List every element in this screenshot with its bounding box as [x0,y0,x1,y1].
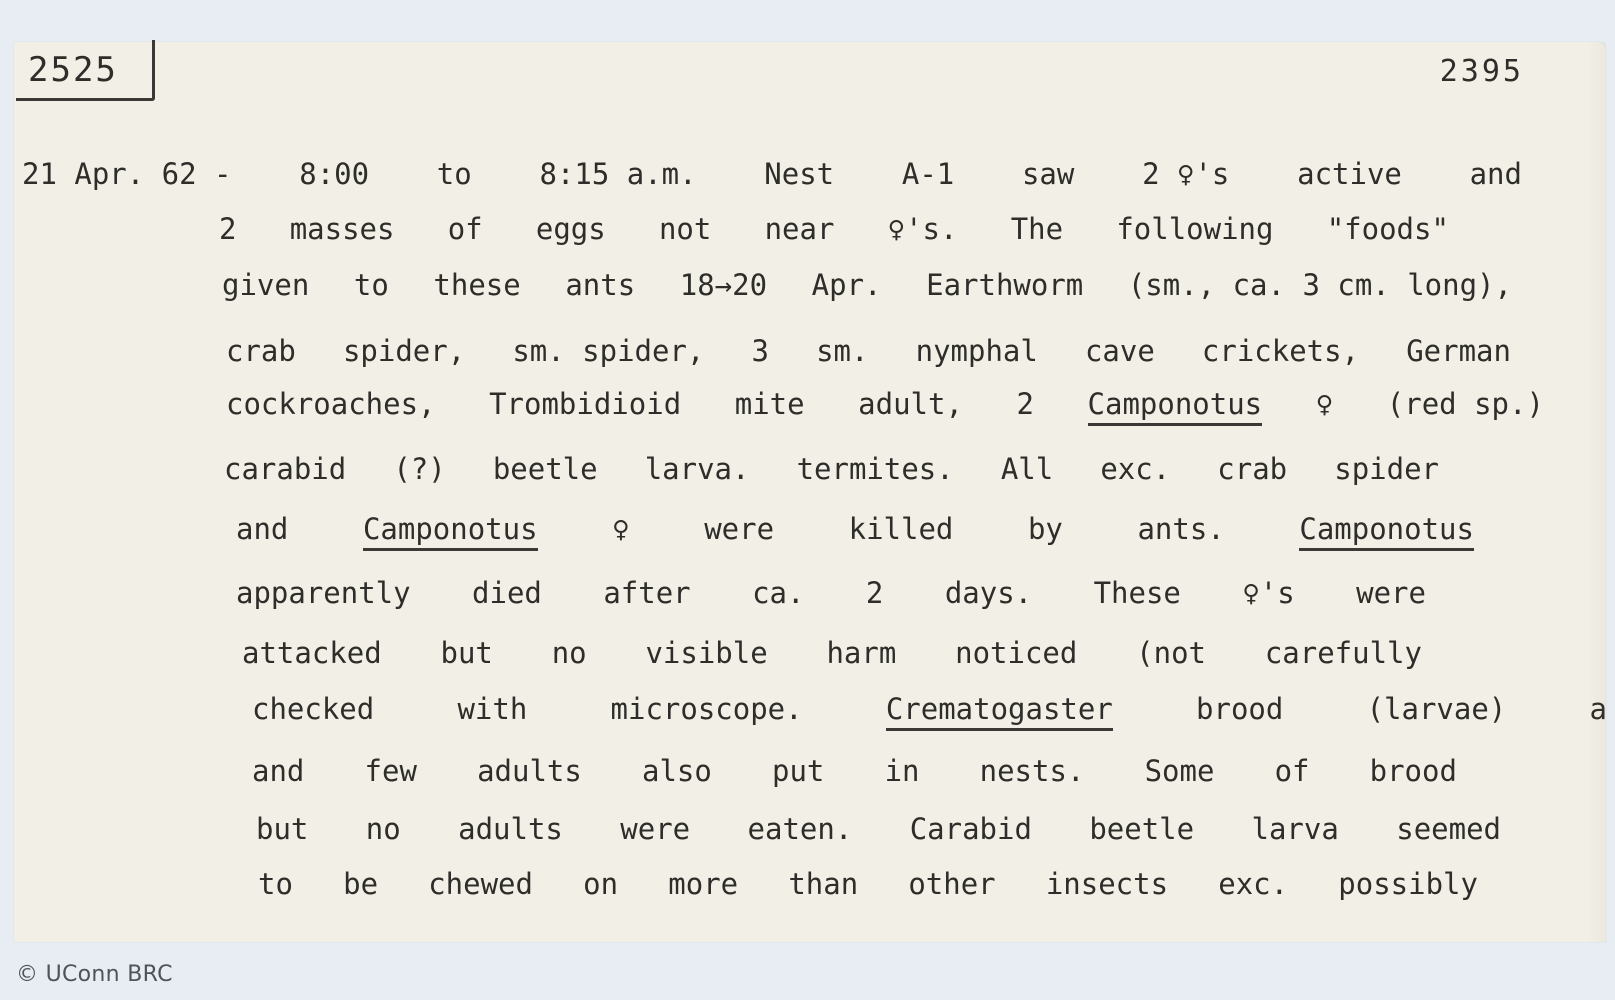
note-word: to [258,867,293,901]
genus-name-camponotus: Camponotus [1299,512,1474,551]
note-line-11: and few adults also put in nests. Some o… [252,754,1457,788]
note-word: ca. [752,576,804,610]
note-word: beetle [493,452,598,486]
note-word: cave [1085,334,1155,368]
note-word: in [885,754,920,788]
note-word: 2 [219,212,236,246]
note-word: of [1275,754,1310,788]
note-word: were [704,512,774,551]
genus-name-camponotus: Camponotus [363,512,538,551]
note-word: killed [849,512,954,551]
note-word: and [1470,157,1522,191]
note-word: few [365,754,417,788]
note-word: ants. [1137,512,1224,551]
note-word: crickets, [1202,334,1359,368]
note-word: no [366,812,401,846]
note-word: and [252,754,304,788]
note-word: sm. spider, [512,334,704,368]
note-word: larva. [645,452,750,486]
note-word: All [1001,452,1053,486]
note-word: adults [458,812,563,846]
note-word: German [1406,334,1511,368]
note-word: (not [1136,636,1206,670]
note-word: (sm., ca. 3 cm. long), [1128,268,1512,302]
note-word: nests. [980,754,1085,788]
note-word: a [1590,692,1607,731]
note-word: (?) [393,452,445,486]
note-line-9: attacked but no visible harm noticed (no… [242,636,1422,670]
note-word: Carabid [910,812,1032,846]
note-word: more [668,867,738,901]
note-word: than [788,867,858,901]
note-word: days. [945,576,1032,610]
note-word: these [433,268,520,302]
female-symbol: ♀ [612,512,629,551]
note-word: 21 Apr. 62 - [22,157,232,191]
note-word: active [1297,157,1402,191]
note-word: attacked [242,636,382,670]
note-word: noticed [955,636,1077,670]
note-word: be [343,867,378,901]
note-word: "foods" [1327,212,1449,246]
note-word: Trombidioid [489,387,681,426]
note-line-2: 2 masses of eggs not near ♀'s. The follo… [219,212,1449,246]
note-word: of [448,212,483,246]
note-word: Apr. [812,268,882,302]
note-word: 8:00 [299,157,369,191]
note-line-3: given to these ants 18→20 Apr. Earthworm… [222,268,1512,302]
note-word: saw [1022,157,1074,191]
note-line-1: 21 Apr. 62 - 8:00 to 8:15 a.m. Nest A-1 … [22,157,1522,191]
note-word: exc. [1100,452,1170,486]
note-word: brood [1196,692,1283,731]
note-word: on [583,867,618,901]
page-number: 2395 [1440,54,1524,89]
note-word: microscope. [611,692,803,731]
note-word: spider [1334,452,1439,486]
note-word: also [642,754,712,788]
note-word: harm [826,636,896,670]
note-word: died [472,576,542,610]
note-word: Nest [764,157,834,191]
note-word: 18→20 [680,268,767,302]
note-word: possibly [1338,867,1478,901]
note-word: ants [565,268,635,302]
note-word: brood [1370,754,1457,788]
note-word: no [552,636,587,670]
note-word: larva [1252,812,1339,846]
note-word: near [765,212,835,246]
note-word: exc. [1218,867,1288,901]
note-line-5: cockroaches, Trombidioid mite adult, 2 C… [226,387,1544,426]
note-word: were [620,812,690,846]
note-word: not [659,212,711,246]
note-word: nymphal [916,334,1038,368]
note-word: mite [735,387,805,426]
note-word: (larvae) [1367,692,1507,731]
note-word: A-1 [902,157,954,191]
note-word: 2 [866,576,883,610]
note-line-12: but no adults were eaten. Carabid beetle… [256,812,1501,846]
genus-name-crematogaster: Crematogaster [886,692,1113,731]
note-word: eaten. [748,812,853,846]
note-line-13: to be chewed on more than other insects … [258,867,1478,901]
note-word: masses [290,212,395,246]
note-word: ♀'s. [888,212,958,246]
note-line-4: crab spider, sm. spider, 3 sm. nymphal c… [226,334,1511,368]
note-line-8: apparently died after ca. 2 days. These … [236,576,1426,610]
note-word: crab [226,334,296,368]
note-word: cockroaches, [226,387,436,426]
note-word: adults [477,754,582,788]
note-word: and [236,512,288,551]
note-word: Some [1145,754,1215,788]
note-word: checked [252,692,374,731]
note-word: insects [1046,867,1168,901]
note-word: beetle [1089,812,1194,846]
note-word: to [354,268,389,302]
catalog-number: 2525 [28,50,118,90]
note-word: carabid [224,452,346,486]
note-word: 2 ♀'s [1142,157,1229,191]
note-word: adult, [858,387,963,426]
note-word: apparently [236,576,411,610]
note-word: 3 [752,334,769,368]
note-word: eggs [536,212,606,246]
note-word: crab [1217,452,1287,486]
note-word: following [1116,212,1273,246]
note-word: 2 [1017,387,1034,426]
note-line-10: checked with microscope. Crematogaster b… [252,692,1607,731]
note-word: but [441,636,493,670]
note-word: carefully [1265,636,1422,670]
note-word: These [1094,576,1181,610]
note-word: but [256,812,308,846]
specimen-note-card: 2525 2395 21 Apr. 62 - 8:00 to 8:15 a.m.… [14,42,1606,942]
genus-name-camponotus: Camponotus [1088,387,1263,426]
note-word: spider, [343,334,465,368]
note-word: 8:15 a.m. [539,157,696,191]
note-line-6: carabid (?) beetle larva. termites. All … [224,452,1439,486]
note-word: visible [645,636,767,670]
note-line-7: and Camponotus ♀ were killed by ants. Ca… [236,512,1474,551]
note-word: other [908,867,995,901]
note-word: after [603,576,690,610]
female-symbol: ♀ [1316,387,1333,426]
note-word: with [457,692,527,731]
note-word: sm. [816,334,868,368]
note-word: put [772,754,824,788]
note-word: The [1011,212,1063,246]
note-word: seemed [1396,812,1501,846]
note-word: (red sp.) [1387,387,1544,426]
female-symbol: ♀'s [1242,576,1294,610]
note-word: to [437,157,472,191]
note-word: given [222,268,309,302]
note-word: termites. [797,452,954,486]
note-word: were [1356,576,1426,610]
note-word: by [1028,512,1063,551]
note-word: Earthworm [926,268,1083,302]
copyright-notice: © UConn BRC [16,962,173,987]
note-word: chewed [428,867,533,901]
